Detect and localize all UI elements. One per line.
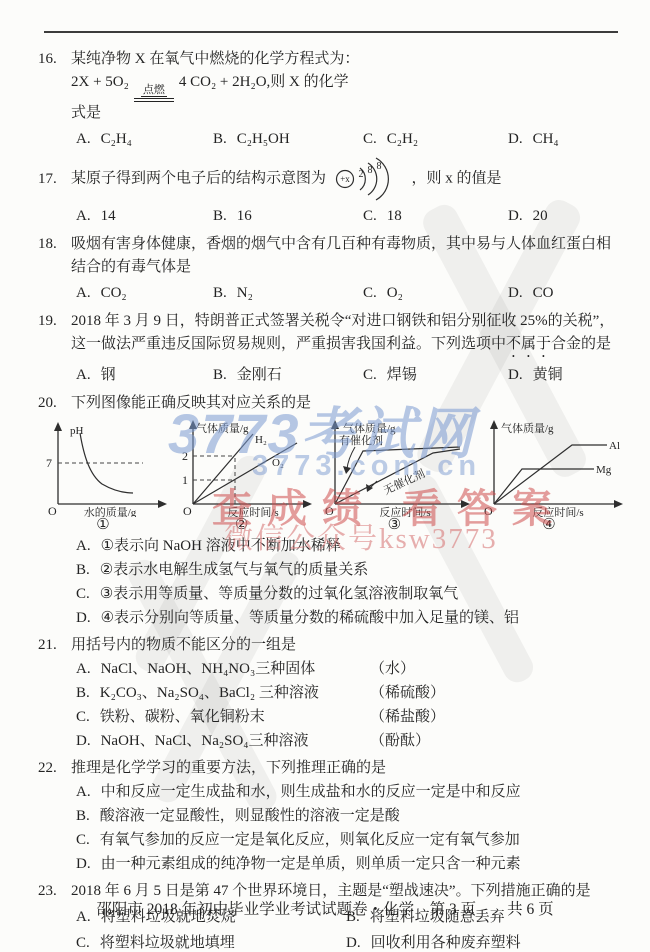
option-text: C₂H₂ [387,131,418,147]
options-row: A.钢 B.金刚石 C.焊锡 D.黄铜 [38,363,624,388]
no-catalyst-label: 无催化剂 [381,466,427,497]
option-label: C. [363,131,377,147]
catalyst-label: 有催化剂 [339,433,383,447]
question-18: 18. 吸烟有害身体健康，香烟的烟气中含有几百种有毒物质，其中易与人体血红蛋白相… [38,233,624,306]
option-d: D.NaOH、NaCl、Na₂SO₄三种溶液（酚酞） [38,729,624,753]
option-label: A. [76,367,91,383]
y-axis-label: 气体质量/g [196,421,249,435]
option-a: A.①表示向 NaOH 溶液中不断加水稀释 [38,534,624,558]
y-tick-7: 7 [46,456,52,470]
option-a: A.钢 [76,363,213,388]
reagent-text: （稀硫酸） [370,681,624,705]
option-b: B.酸溶液一定显酸性，则显酸性的溶液一定是酸 [38,804,624,828]
option-text: 20 [533,208,548,224]
option-a: A.CO₂ [76,281,213,306]
origin-label: O [325,504,334,517]
option-text: 由一种元素组成的纯净物一定是单质，则单质一定只含一种元素 [101,856,521,872]
option-c: C.有氧气参加的反应一定是氧化反应，则氧化反应一定有氧气参加 [38,828,624,852]
graph-3-catalyst: 气体质量/g 有催化剂 无催化剂 O 反应时间/s ③ [315,419,473,534]
series-label-h2: H₂ [255,434,267,446]
equation-right: 4 CO₂ + 2H₂O,则 X 的化学 [179,74,349,90]
option-label: B. [213,285,227,301]
series-label-o2: O₂ [272,457,284,469]
option-d: D.CO [508,281,624,306]
graph-1-ph-dilution: pH 7 O 水的质量/g ① [38,419,168,534]
stem-text: 某纯净物 X 在氧气中燃烧的化学方程式为： [71,51,359,67]
question-number: 19. [38,310,71,333]
question-17-stem: 17. 某原子得到两个电子后的结构示意图为 +x 2 8 8 ，则 x 的值是 [38,156,624,202]
question-20-stem: 20. 下列图像能正确反映其对应关系的是 [38,392,624,415]
origin-label: O [183,504,192,517]
question-number: 21. [38,634,71,657]
option-text: ①表示向 NaOH 溶液中不断加水稀释 [101,538,341,554]
options-row: C.将塑料垃圾就地填埋 D.回收利用各种废弃塑料 [38,931,624,952]
option-text: ④表示分别向等质量、等质量分数的稀硫酸中加入足量的镁、铝 [101,610,519,626]
stem-text: 推理是化学学习的重要方法，下列推理正确的是 [71,757,624,780]
option-label: C. [76,586,90,602]
y-axis-label: 气体质量/g [343,421,396,435]
y-tick-1: 1 [182,473,188,487]
stem-line-1: 2018 年 3 月 9 日，特朗普正式签署关税令“对进口钢铁和铝分别征收 25… [71,310,624,333]
question-16-stem: 16. 某纯净物 X 在氧气中燃烧的化学方程式为：2X + 5O₂点燃4 CO₂… [38,48,624,102]
option-label: B. [76,562,90,578]
graph-index: ③ [315,517,473,534]
option-b: B.C₂H₅OH [213,127,363,152]
option-text: ②表示水电解生成氢气与氧气的质量关系 [100,562,368,578]
option-text: 18 [387,208,402,224]
option-text: CH₄ [533,131,559,147]
option-c: C.O₂ [363,281,508,306]
option-label: A. [76,208,91,224]
option-c: C.将塑料垃圾就地填埋 [76,931,346,952]
option-label: D. [76,856,91,872]
reagent-text: （酚酞） [370,729,624,753]
shell-electrons-3: 8 [376,161,381,172]
option-a: A.C₂H₄ [76,127,213,152]
question-number: 22. [38,757,71,780]
options-row: A.CO₂ B.N₂ C.O₂ D.CO [38,281,624,306]
graph-index: ④ [474,517,624,534]
option-text: 16 [237,208,252,224]
option-b: B.16 [213,204,363,229]
question-21: 21. 用括号内的物质不能区分的一组是 A.NaCl、NaOH、NH₄NO₃三种… [38,634,624,753]
double-bond-bar [134,98,174,102]
option-label: D. [508,208,523,224]
graphs-row: pH 7 O 水的质量/g ① 气体质量/g [38,419,624,534]
option-d: D.④表示分别向等质量、等质量分数的稀硫酸中加入足量的镁、铝 [38,606,624,630]
option-a: A.14 [76,204,213,229]
reagent-text: （水） [370,657,624,681]
option-text: ③表示用等质量、等质量分数的过氧化氢溶液制取氧气 [100,586,458,602]
option-d: D.由一种元素组成的纯净物一定是单质，则单质一定只含一种元素 [38,852,624,876]
question-number: 17. [38,168,71,191]
option-c: C.铁粉、碳粉、氧化铜粉末（稀盐酸） [38,705,624,729]
question-18-stem: 18. 吸烟有害身体健康，香烟的烟气中含有几百种有毒物质，其中易与人体血红蛋白相… [38,233,624,279]
x-axis-label: 反应时间/s [380,505,431,517]
option-b: B.金刚石 [213,363,363,388]
reagent-text: （稀盐酸） [370,705,624,729]
option-label: C. [363,285,377,301]
option-label: C. [76,935,90,951]
question-19-stem: 19. 2018 年 3 月 9 日，特朗普正式签署关税令“对进口钢铁和铝分别征… [38,310,624,361]
option-label: D. [508,367,523,383]
reaction-condition: 点燃 [134,84,174,102]
equation-left: 2X + 5O₂ [71,74,129,90]
shell-electrons-1: 2 [358,169,363,180]
graph-index: ② [169,517,315,534]
x-axis-label: 反应时间/s [227,505,278,517]
option-a: A.中和反应一定生成盐和水，则生成盐和水的反应一定是中和反应 [38,780,624,804]
option-label: D. [76,610,91,626]
stem-text: 某原子得到两个电子后的结构示意图为 [71,170,326,186]
emphasized-text: 不属于 [506,336,551,352]
option-label: A. [76,285,91,301]
option-d: D.CH₄ [508,127,624,152]
option-text: 钢 [101,367,116,383]
option-text: NaCl、NaOH、NH₄NO₃三种固体 [101,661,316,677]
option-text: 金刚石 [237,367,282,383]
option-text: CO₂ [101,285,127,301]
option-text: 酸溶液一定显酸性，则显酸性的溶液一定是酸 [100,808,400,824]
option-text: O₂ [387,285,403,301]
stem-continuation: 式是 [38,102,624,125]
option-text: 焊锡 [387,367,417,383]
option-text: CO [533,285,554,301]
option-text: 中和反应一定生成盐和水，则生成盐和水的反应一定是中和反应 [101,784,521,800]
nucleus-charge: +x [340,174,350,184]
option-text: N₂ [237,285,253,301]
options-row: A.14 B.16 C.18 D.20 [38,204,624,229]
exam-page: 16. 某纯净物 X 在氧气中燃烧的化学方程式为：2X + 5O₂点燃4 CO₂… [0,0,650,952]
graph-index: ① [38,517,168,534]
option-text: 回收利用各种废弃塑料 [371,935,521,951]
option-text: 14 [101,208,116,224]
question-22: 22. 推理是化学学习的重要方法，下列推理正确的是 A.中和反应一定生成盐和水，… [38,757,624,876]
option-label: D. [508,131,523,147]
option-label: D. [76,733,91,749]
stem-text: ，则 x 的值是 [412,170,502,186]
option-text: 铁粉、碳粉、氧化铜粉末 [100,709,265,725]
condition-text: 点燃 [141,84,167,97]
y-tick-2: 2 [182,449,188,463]
option-label: C. [363,367,377,383]
y-axis-label: 气体质量/g [501,421,554,435]
graph-2-electrolysis: 气体质量/g H₂ O₂ 2 1 O 反应时间/s ② [169,419,315,534]
option-c: C.焊锡 [363,363,508,388]
stem-text: 用括号内的物质不能区分的一组是 [71,634,624,657]
series-label-mg: Mg [596,464,612,476]
option-text: 将塑料垃圾就地填埋 [100,935,235,951]
question-20: 20. 下列图像能正确反映其对应关系的是 pH 7 O 水的质量/g [38,392,624,630]
option-d: D.回收利用各种废弃塑料 [346,931,624,952]
option-text: 有氧气参加的反应一定是氧化反应，则氧化反应一定有氧气参加 [100,832,520,848]
stem-text: 这一做法严重违反国际贸易规则，严重损害我国利益。下列选项中 [71,336,506,352]
option-text: C₂H₄ [101,131,132,147]
question-number: 20. [38,392,71,415]
question-19: 19. 2018 年 3 月 9 日，特朗普正式签署关税令“对进口钢铁和铝分别征… [38,310,624,388]
origin-label: O [48,504,57,517]
question-number: 16. [38,48,71,71]
option-label: B. [213,208,227,224]
option-label: A. [76,784,91,800]
question-number: 18. [38,233,71,256]
option-label: B. [76,808,90,824]
option-text: C₂H₅OH [237,131,290,147]
question-17: 17. 某原子得到两个电子后的结构示意图为 +x 2 8 8 ，则 x 的值是 [38,156,624,229]
atom-structure-diagram: +x 2 8 8 [334,156,404,202]
stem-line-2: 这一做法严重违反国际贸易规则，严重损害我国利益。下列选项中不属于合金的是 [71,333,624,361]
stem-text: 下列图像能正确反映其对应关系的是 [71,392,624,415]
option-label: D. [346,935,361,951]
x-axis-label: 水的质量/g [84,505,137,517]
origin-label: O [484,504,493,517]
stem-text: 合金的是 [551,336,611,352]
series-label-al: Al [609,440,620,452]
stem-text: 吸烟有害身体健康，香烟的烟气中含有几百种有毒物质，其中易与人体血红蛋白相结合的有… [71,233,624,279]
option-label: D. [508,285,523,301]
option-b: B.②表示水电解生成氢气与氧气的质量关系 [38,558,624,582]
option-label: C. [363,208,377,224]
options-row: A.C₂H₄ B.C₂H₅OH C.C₂H₂ D.CH₄ [38,127,624,152]
page-footer: 邵阳市 2018 年初中毕业学业考试试题卷・化学 第 3 页 共 6 页 [0,897,650,919]
option-label: B. [213,131,227,147]
option-label: A. [76,131,91,147]
option-d: D.20 [508,204,624,229]
option-label: A. [76,661,91,677]
option-text: K₂CO₃、Na₂SO₄、BaCl₂ 三种溶液 [100,685,319,701]
header-rule [44,31,618,33]
option-label: B. [213,367,227,383]
chemical-equation: 2X + 5O₂点燃4 CO₂ + 2H₂O,则 X 的化学 [71,74,349,90]
option-c: C.18 [363,204,508,229]
option-text: NaOH、NaCl、Na₂SO₄三种溶液 [101,733,309,749]
graph-4-metals: 气体质量/g Al Mg O 反应时间/s ④ [474,419,624,534]
option-b: B.N₂ [213,281,363,306]
option-a: A.NaCl、NaOH、NH₄NO₃三种固体（水） [38,657,624,681]
questions-area: 16. 某纯净物 X 在氧气中燃烧的化学方程式为：2X + 5O₂点燃4 CO₂… [38,48,624,952]
option-label: B. [76,685,90,701]
question-22-stem: 22. 推理是化学学习的重要方法，下列推理正确的是 [38,757,624,780]
option-c: C.③表示用等质量、等质量分数的过氧化氢溶液制取氧气 [38,582,624,606]
option-b: B.K₂CO₃、Na₂SO₄、BaCl₂ 三种溶液（稀硫酸） [38,681,624,705]
question-16: 16. 某纯净物 X 在氧气中燃烧的化学方程式为：2X + 5O₂点燃4 CO₂… [38,48,624,152]
option-d: D.黄铜 [508,363,624,388]
y-axis-label: pH [70,425,84,437]
question-21-stem: 21. 用括号内的物质不能区分的一组是 [38,634,624,657]
option-label: C. [76,709,90,725]
option-label: A. [76,538,91,554]
x-axis-label: 反应时间/s [532,505,583,517]
option-label: C. [76,832,90,848]
option-text: 黄铜 [533,367,563,383]
option-c: C.C₂H₂ [363,127,508,152]
shell-electrons-2: 8 [367,165,372,176]
